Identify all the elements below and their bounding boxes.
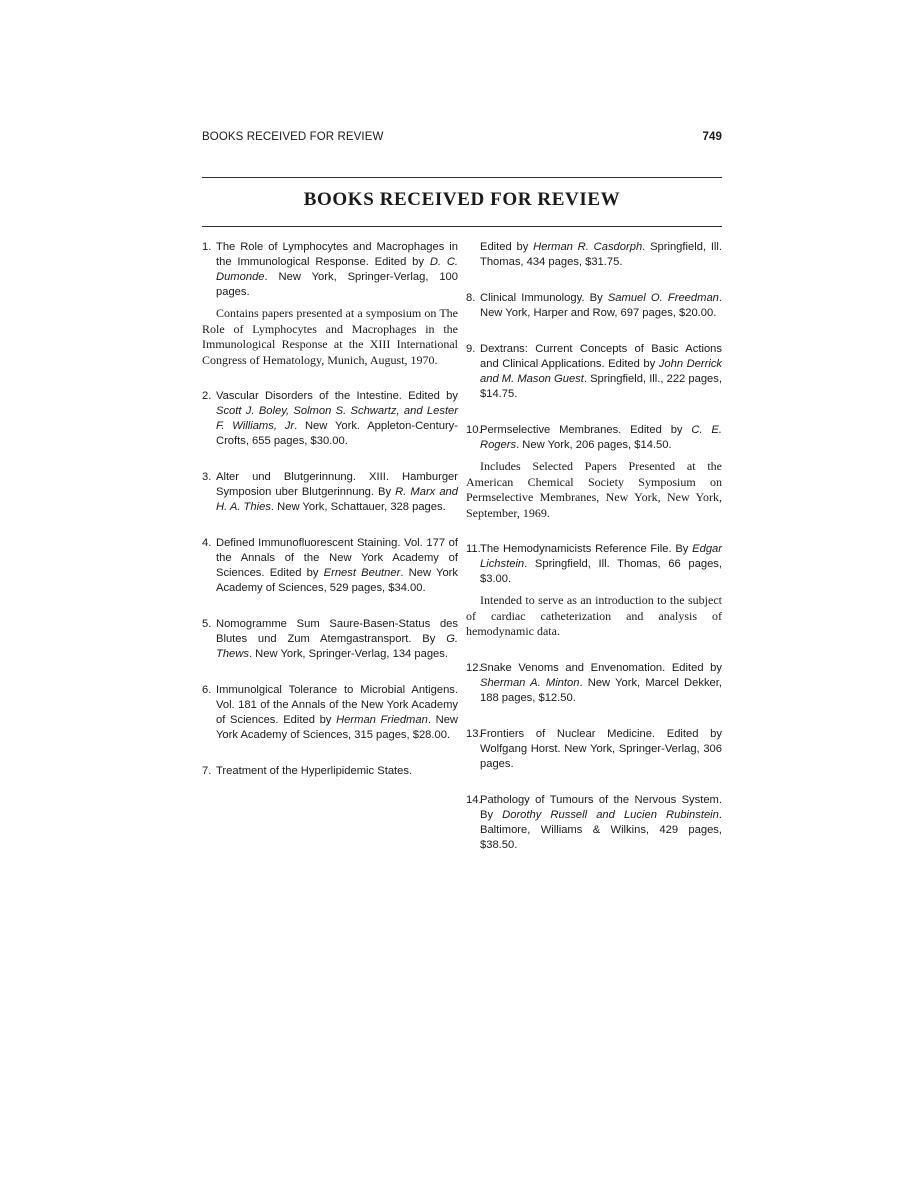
spacer [466,270,722,291]
book-entry: 3.Alter und Blutgerinnung. XIII. Hamburg… [202,470,458,515]
spacer [202,515,458,536]
entry-number: 4. [202,536,216,551]
author-name: Herman R. Casdorph [533,241,642,253]
entry-number: 11. [466,542,480,557]
entry-text: Frontiers of Nuclear Medicine. Edited by… [480,728,722,770]
entry-text: Edited by [480,241,533,253]
left-column: 1.The Role of Lymphocytes and Macrophage… [202,240,458,779]
entry-number: 12. [466,661,480,676]
entry-number: 14. [466,793,480,808]
title-rule-bottom [202,226,722,227]
book-entry-continuation: Edited by Herman R. Casdorph. Springfiel… [466,240,722,270]
book-entry: 7.Treatment of the Hyperlipidemic States… [202,764,458,779]
entry-text: Nomogramme Sum Saure-Basen-Status des Bl… [216,618,458,645]
author-name: Sherman A. Minton [480,677,579,689]
spacer [202,449,458,470]
spacer [202,743,458,764]
page-title: BOOKS RECEIVED FOR REVIEW [202,189,722,211]
author-name: Herman Friedman [336,714,428,726]
entry-text: . New York, 206 pages, $14.50. [516,439,672,451]
entry-number: 1. [202,240,216,255]
running-head-section: BOOKS RECEIVED FOR REVIEW [202,131,383,143]
book-entry: 1.The Role of Lymphocytes and Macrophage… [202,240,458,300]
page-number: 749 [703,131,723,143]
entry-number: 3. [202,470,216,485]
entry-text: Clinical Immunology. By [480,292,608,304]
entry-text: . New York, Schattauer, 328 pages. [271,501,446,513]
entry-note: Contains papers presented at a symposium… [202,306,458,368]
book-entry: 9.Dextrans: Current Concepts of Basic Ac… [466,342,722,402]
spacer [202,368,458,389]
book-entry: 10.Permselective Membranes. Edited by C.… [466,423,722,453]
book-entry: 5.Nomogramme Sum Saure-Basen-Status des … [202,617,458,662]
entry-number: 2. [202,389,216,404]
book-entry: 13.Frontiers of Nuclear Medicine. Edited… [466,727,722,772]
book-entry: 14.Pathology of Tumours of the Nervous S… [466,793,722,853]
entry-number: 13. [466,727,480,742]
book-entry: 8.Clinical Immunology. By Samuel O. Free… [466,291,722,321]
entry-note: Intended to serve as an introduction to … [466,593,722,640]
author-name: Ernest Beutner [324,567,401,579]
entry-text: The Role of Lymphocytes and Macrophages … [216,241,458,268]
entry-text: Permselective Membranes. Edited by [480,424,691,436]
spacer [466,321,722,342]
entry-text: Snake Venoms and Envenomation. Edited by [480,662,722,674]
spacer [202,596,458,617]
entry-number: 5. [202,617,216,632]
entry-note: Includes Selected Papers Presented at th… [466,459,722,521]
entry-text: Vascular Disorders of the Intestine. Edi… [216,390,458,402]
book-entry: 4.Defined Immunofluorescent Staining. Vo… [202,536,458,596]
entry-number: 7. [202,764,216,779]
entry-number: 9. [466,342,480,357]
spacer [466,640,722,661]
right-column: Edited by Herman R. Casdorph. Springfiel… [466,240,722,853]
entry-number: 8. [466,291,480,306]
author-name: Dorothy Russell and Lucien Rubinstein [502,809,719,821]
book-entry: 12.Snake Venoms and Envenomation. Edited… [466,661,722,706]
entry-number: 6. [202,683,216,698]
spacer [466,402,722,423]
spacer [202,662,458,683]
book-entry: 11.The Hemodynamicists Reference File. B… [466,542,722,587]
entry-text: The Hemodynamicists Reference File. By [480,543,692,555]
book-entry: 2.Vascular Disorders of the Intestine. E… [202,389,458,449]
spacer [466,706,722,727]
title-rule-top [202,177,722,178]
spacer [466,772,722,793]
entry-text: Treatment of the Hyperlipidemic States. [216,765,412,777]
entry-text: . New York, Springer-Verlag, 134 pages. [249,648,448,660]
entry-number: 10. [466,423,480,438]
spacer [466,521,722,542]
author-name: Samuel O. Freedman [608,292,719,304]
book-entry: 6.Immunolgical Tolerance to Microbial An… [202,683,458,743]
